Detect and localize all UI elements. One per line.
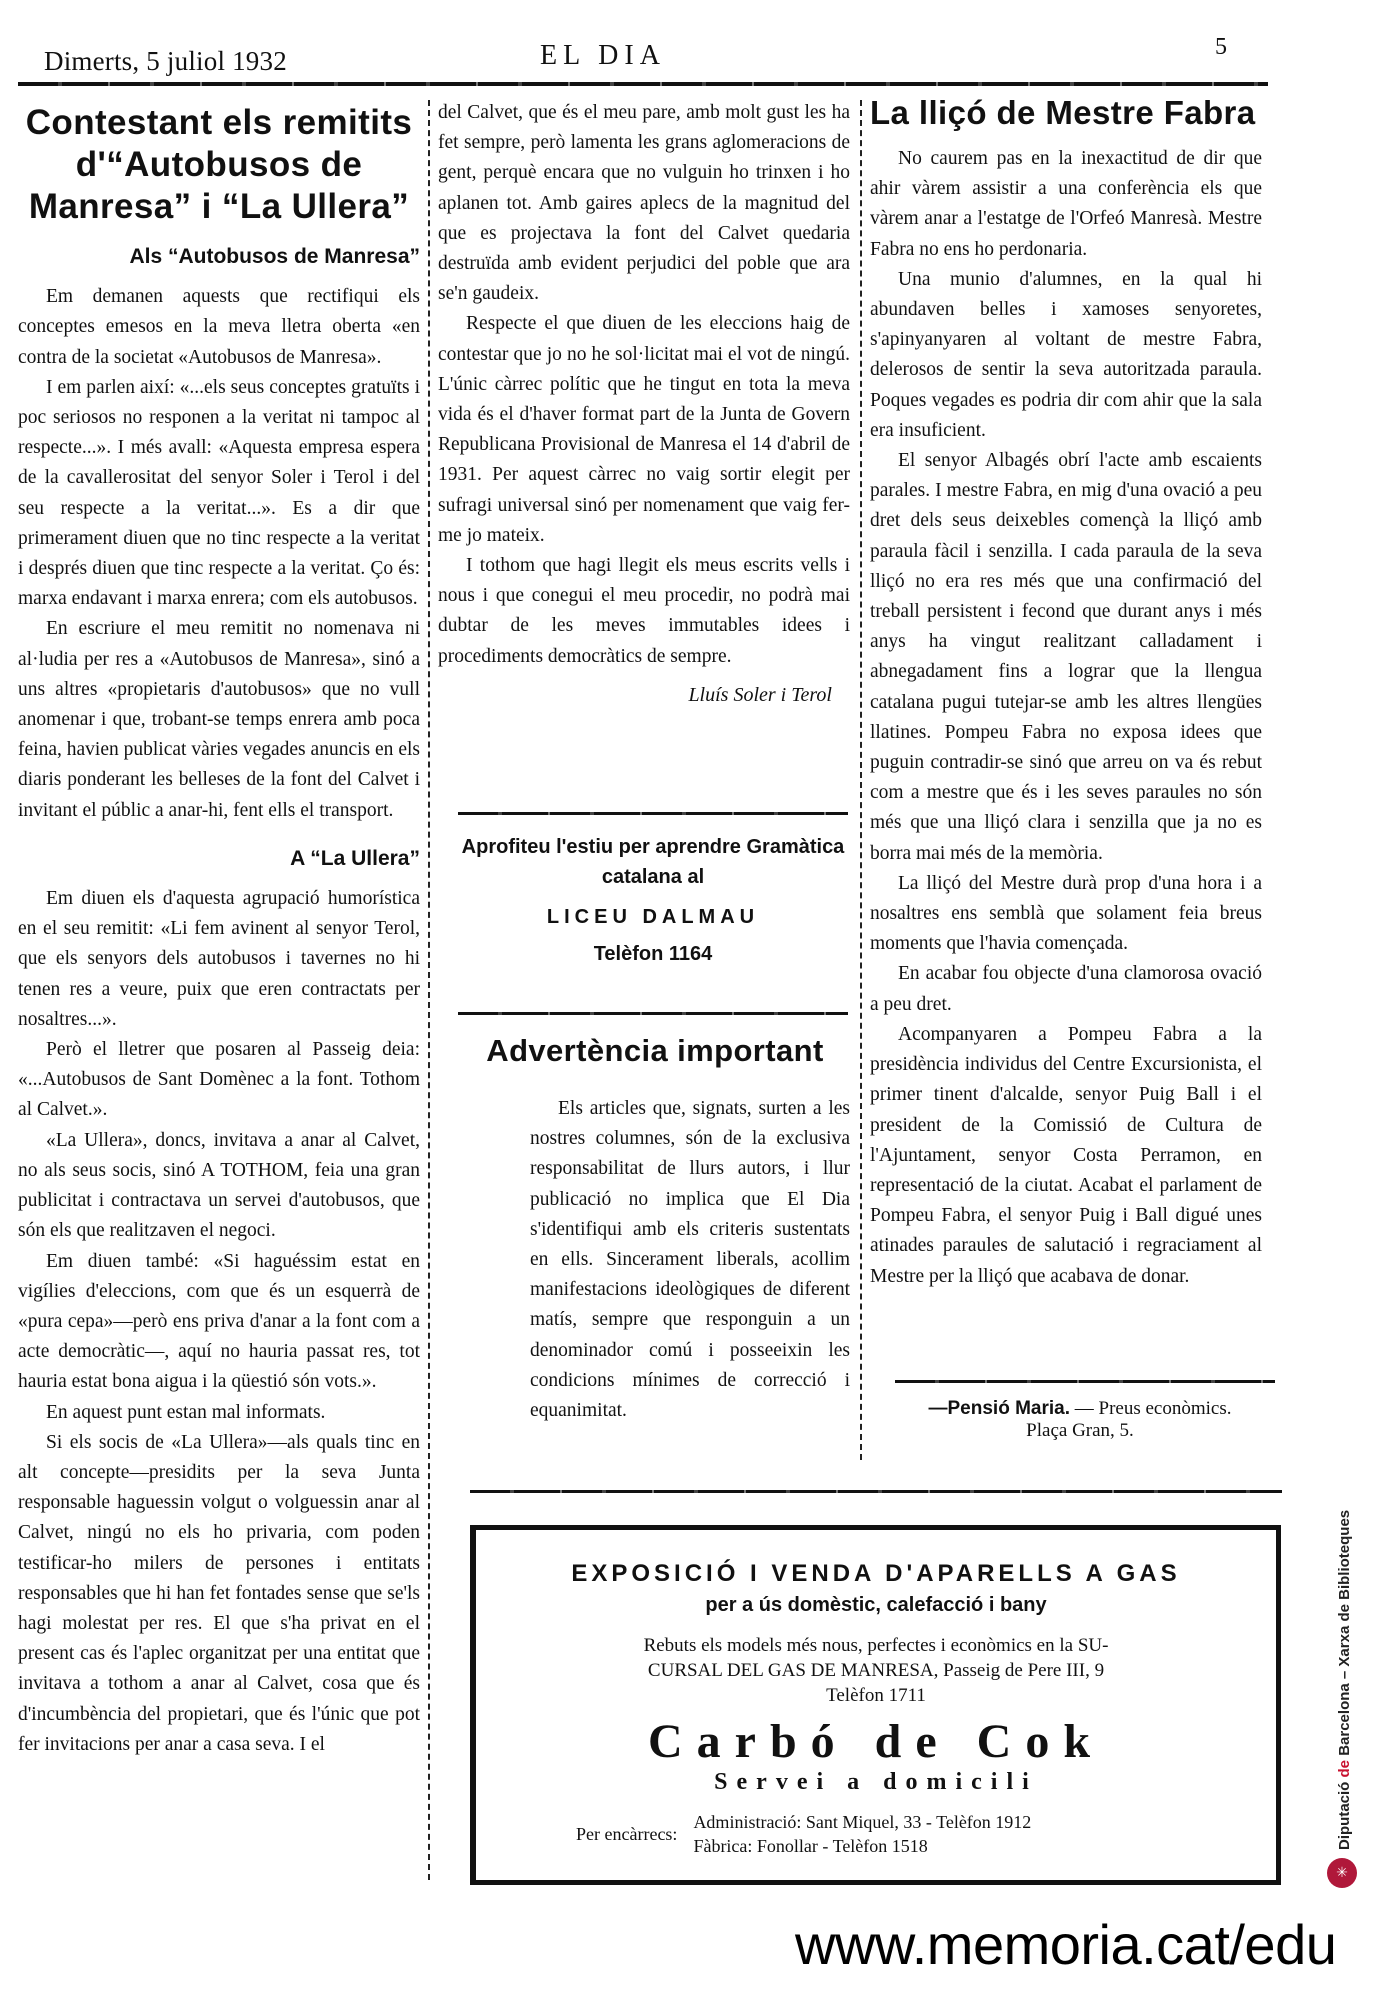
paragraph: La lliçó del Mestre durà prop d'una hora…	[870, 869, 1262, 960]
ad-liceu-phone: Telèfon 1164	[458, 943, 848, 966]
ad-orders-factory: Fàbrica: Fonollar - Telèfon 1518	[693, 1834, 1031, 1858]
ad-gas-body: Rebuts els models més nous, perfectes i …	[476, 1633, 1276, 1708]
ad-gas-box: EXPOSICIÓ I VENDA D'APARELLS A GAS per a…	[470, 1525, 1281, 1885]
column-divider	[428, 100, 430, 1880]
column-1: Contestant els remitits d'“Autobusos de …	[18, 102, 420, 1760]
ad-coke-subtitle: Servei a domicili	[476, 1769, 1276, 1796]
page-number: 5	[1215, 34, 1227, 61]
section2-title: A “La Ullera”	[18, 844, 420, 874]
ad-gas-body-line: Rebuts els models més nous, perfectes i …	[516, 1633, 1236, 1658]
ad-gas-body-line: CURSAL DEL GAS DE MANRESA, Passeig de Pe…	[516, 1658, 1236, 1683]
ad-liceu-text: Aprofiteu l'estiu per aprendre Gramàtica…	[458, 832, 848, 892]
notice-body: Els articles que, signats, surten a les …	[530, 1094, 850, 1426]
column-3: La lliçó de Mestre Fabra No caurem pas e…	[870, 92, 1262, 1292]
ad-rule-bottom	[458, 1012, 848, 1015]
paragraph: En aquest punt estan mal informats.	[18, 1398, 420, 1428]
notice-headline: Advertència important	[450, 1030, 860, 1072]
paragraph: Em demanen aquests que rectifiqui els co…	[18, 282, 420, 373]
paragraph: En acabar fou objecte d'una clamorosa ov…	[870, 959, 1262, 1019]
ad-gas-phone: Telèfon 1711	[516, 1683, 1236, 1708]
paragraph: «La Ullera», doncs, invitava a anar al C…	[18, 1126, 420, 1247]
paragraph: Respecte el que diuen de les eleccions h…	[438, 309, 850, 551]
ad-pension-maria: —Pensió Maria. — Preus econòmics. Plaça …	[880, 1398, 1280, 1442]
paragraph: El senyor Albagés obrí l'acte amb escaie…	[870, 446, 1262, 869]
header-date: Dimerts, 5 juliol 1932	[44, 46, 287, 77]
ad-liceu-dalmau: Aprofiteu l'estiu per aprendre Gramàtica…	[458, 832, 848, 966]
article-signature: Lluís Soler i Terol	[438, 680, 850, 710]
ad-gas-title: EXPOSICIÓ I VENDA D'APARELLS A GAS	[476, 1560, 1276, 1588]
header-rule	[18, 82, 1268, 86]
ad-orders: Per encàrrecs: Administració: Sant Mique…	[476, 1810, 1276, 1858]
credit-text: Diputació	[1336, 1782, 1353, 1850]
article1-headline: Contestant els remitits d'“Autobusos de …	[18, 102, 420, 228]
article2-headline: La lliçó de Mestre Fabra	[870, 92, 1262, 134]
archive-url-link[interactable]: www.memoria.cat/edu	[795, 1912, 1336, 1977]
paragraph: No caurem pas en la inexactitud de dir q…	[870, 144, 1262, 265]
newspaper-title: EL DIA	[540, 40, 666, 72]
ad-gas-subtitle: per a ús domèstic, calefacció i bany	[476, 1594, 1276, 1617]
ad-rule	[470, 1490, 1282, 1493]
ad-pension-name: —Pensió Maria.	[929, 1398, 1071, 1419]
paragraph: Una munio d'alumnes, en la qual hi abund…	[870, 265, 1262, 446]
ad-rule	[895, 1380, 1275, 1383]
column-2: del Calvet, que és el meu pare, amb molt…	[438, 98, 850, 710]
ad-orders-admin: Administració: Sant Miquel, 33 - Telèfon…	[693, 1810, 1031, 1834]
ad-coke-title: Carbó de Cok	[476, 1714, 1276, 1769]
ad-liceu-name: LICEU DALMAU	[458, 906, 848, 929]
credit-text: Barcelona – Xarxa de Biblioteques	[1336, 1510, 1353, 1756]
paragraph: del Calvet, que és el meu pare, amb molt…	[438, 98, 850, 309]
paragraph: Però el lletrer que posaren al Passeig d…	[18, 1035, 420, 1126]
paragraph: Acompanyaren a Pompeu Fabra a la presidè…	[870, 1020, 1262, 1292]
paragraph: Si els socis de «La Ullera»—als quals ti…	[18, 1428, 420, 1760]
paragraph: I tothom que hagi llegit els meus escrit…	[438, 551, 850, 672]
notice-body-column: Els articles que, signats, surten a les …	[530, 1094, 850, 1426]
column-divider	[860, 100, 862, 1460]
archive-credit: Diputació de Barcelona – Xarxa de Biblio…	[1336, 1510, 1353, 1850]
ad-pension-text: — Preus econòmics.	[1075, 1398, 1232, 1419]
credit-text: de	[1336, 1760, 1353, 1778]
ad-orders-label: Per encàrrecs:	[576, 1824, 677, 1845]
ad-rule-top	[458, 812, 848, 815]
paragraph: I em parlen així: «...els seus conceptes…	[18, 373, 420, 615]
ad-pension-address: Plaça Gran, 5.	[880, 1420, 1280, 1442]
paragraph: Em diuen també: «Si haguéssim estat en v…	[18, 1247, 420, 1398]
paragraph: Em diuen els d'aquesta agrupació humorís…	[18, 884, 420, 1035]
paragraph: En escriure el meu remitit no nomenava n…	[18, 614, 420, 825]
diputacio-logo-icon: ✳	[1327, 1858, 1357, 1888]
section1-title: Als “Autobusos de Manresa”	[18, 242, 420, 272]
